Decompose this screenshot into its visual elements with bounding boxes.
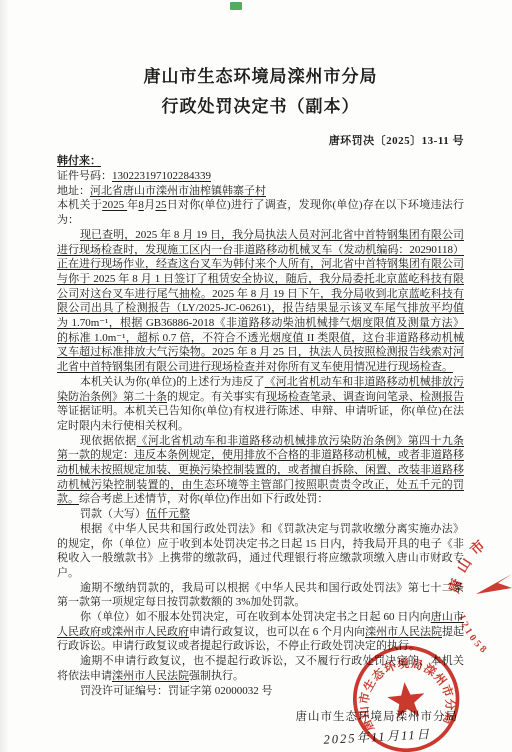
document-number: 唐环罚决〔2025〕13-11 号 — [57, 132, 464, 148]
paragraph-segment: 等证据证明。本机关已告知你(单位)有权进行陈述、申辩、申请听证，你(单位)在法定… — [57, 405, 464, 432]
edge-seal-text: 唐山市 — [446, 536, 494, 595]
paragraph-segment: 年 — [127, 199, 138, 211]
recipient-name-row: 韩付来： — [57, 154, 464, 169]
recipient-address-row: 地址：河北省唐山市滦州市油榨镇韩寨子村 — [57, 184, 464, 199]
edge-seal-digits: 121058 — [456, 613, 491, 657]
id-label: 证件号码： — [57, 170, 112, 182]
paragraph: 现已查明，2025 年 8 月 19 日，我分局执法人员对河北省中首特钢集团有限… — [57, 228, 464, 375]
paragraph-segment: 根据《中华人民共和国行政处罚法》和《罚款决定与罚款收缴分离实施办法》的规定，你（… — [57, 523, 464, 579]
paragraph-segment: 现场检查笔录、调查询问笔录、检测报告 — [266, 391, 464, 403]
paragraph-segment: 滦州市人民法院 — [365, 626, 442, 638]
paragraph-segment: 逾期不缴纳罚款的，我局可以根据《中华人民共和国行政处罚法》第七十二条第一款第一项… — [57, 582, 464, 609]
paragraph: 根据《中华人民共和国行政处罚法》和《罚款决定与罚款收缴分离实施办法》的规定，你（… — [57, 522, 464, 581]
document-title-line1: 唐山市生态环境局滦州市分局 — [57, 62, 464, 87]
recipient-name: 韩付来： — [57, 155, 101, 167]
address-label: 地址： — [57, 185, 90, 197]
edge-seal-arrow-icon — [476, 574, 512, 594]
paragraph: 本机关于2025 年8月25日对你(单位)进行了调查，发现你(单位)存在以下环境… — [57, 198, 464, 227]
paragraph-segment: 2025 — [102, 199, 127, 211]
paragraph: 逾期不缴纳罚款的，我局可以根据《中华人民共和国行政处罚法》第七十二条第一款第一项… — [57, 581, 464, 610]
paragraph-segment: 本机关认为你(单位)的上述行为违反了 — [80, 376, 265, 388]
paragraph-segment: 伍仟元整 — [146, 508, 190, 520]
paragraph: 本机关认为你(单位)的上述行为违反了《河北省机动车和非道路移动机械排放污染防治条… — [57, 375, 464, 434]
svg-text:121058: 121058 — [456, 613, 491, 657]
paragraph-segment: 强制执行。 — [189, 670, 244, 682]
paragraph-segment: 月 — [144, 199, 156, 211]
recipient-id-row: 证件号码：130223197102284339 — [57, 169, 464, 184]
paragraph-segment: 的规定。有关事实有 — [167, 391, 266, 403]
document-paragraphs: 本机关于2025 年8月25日对你(单位)进行了调查，发现你(单位)存在以下环境… — [57, 198, 464, 698]
edge-partial-seal: 唐山市 121058 — [446, 536, 512, 670]
paragraph: 罚款（大写）伍仟元整 — [57, 507, 464, 522]
paragraph-segment: 申请行政复议，也可以在 6 个月内向 — [189, 626, 365, 638]
paragraph-segment: 罚款（大写） — [80, 508, 146, 520]
svg-text:唐山市: 唐山市 — [446, 536, 494, 595]
paragraph-segment: 本机关于 — [57, 199, 102, 211]
address-value: 河北省唐山市滦州市油榨镇韩寨子村 — [90, 185, 266, 197]
seal-star-icon — [386, 680, 427, 719]
paragraph-segment: 滦州市人民法院 — [112, 670, 189, 682]
paragraph-segment: 现依据依据 — [80, 435, 137, 447]
document-title-line2: 行政处罚决定书（副本） — [57, 92, 464, 117]
paragraph-segment: 25 — [155, 199, 166, 211]
recipient-block: 韩付来： 证件号码：130223197102284339 地址：河北省唐山市滦州… — [57, 154, 464, 198]
paragraph: 现依据依据《河北省机动车和非道路移动机械排放污染防治条例》第四十九条第一款的规定… — [57, 434, 464, 508]
paragraph-segment: 罚没许可证编号：罚证字第 02000032 号 — [80, 685, 273, 697]
document-content: 唐山市生态环境局滦州市分局 行政处罚决定书（副本） 唐环罚决〔2025〕13-1… — [57, 0, 464, 745]
paragraph-segment: 你（单位）如不服本处罚决定，可在收到本处罚决定书之日起 60 日内向 — [80, 611, 431, 623]
paragraph-segment: 综合考虑上述情节，对你(单位)作出如下行政处罚： — [79, 493, 328, 505]
penalty-decision-document: 唐山市生态环境局滦州市分局 行政处罚决定书（副本） 唐环罚决〔2025〕13-1… — [0, 0, 512, 752]
id-value: 130223197102284339 — [112, 170, 211, 182]
paragraph-segment: 现已查明，2025 年 8 月 19 日，我分局执法人员对河北省中首特钢集团有限… — [57, 229, 464, 373]
